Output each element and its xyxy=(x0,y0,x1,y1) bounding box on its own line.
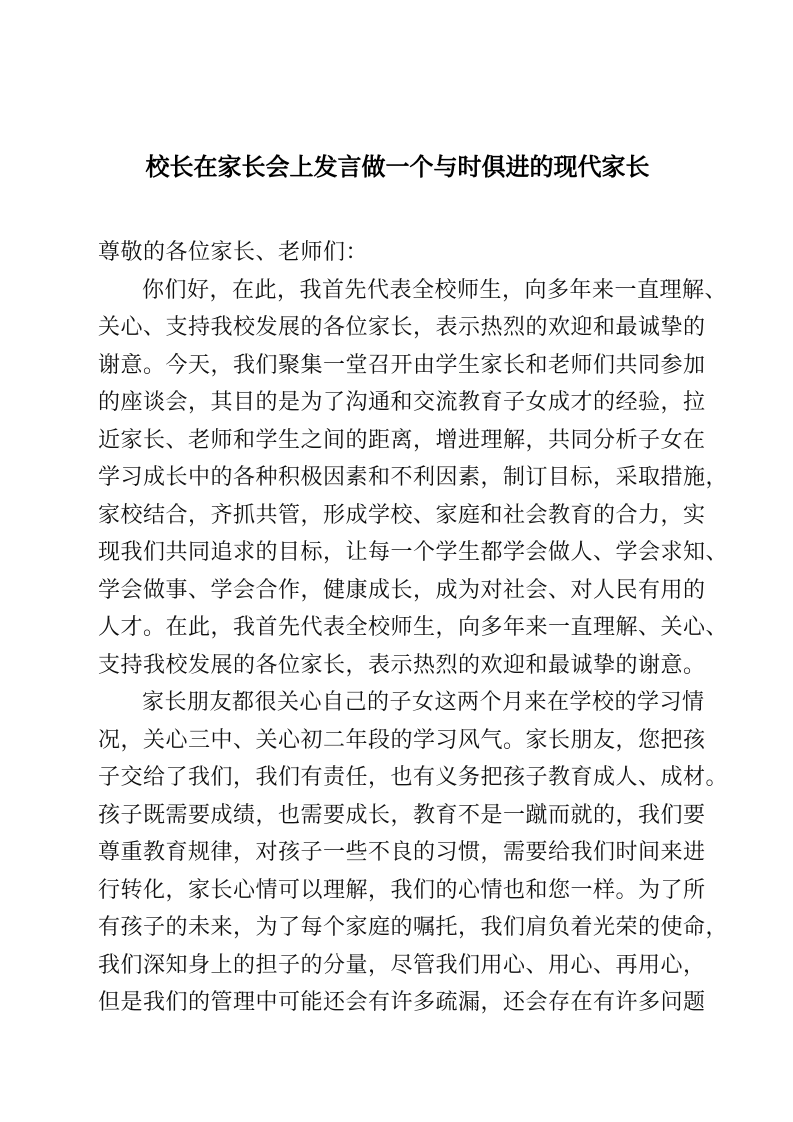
text-line: 现我们共同追求的目标，让每一个学生都学会做人、学会求知、 xyxy=(98,533,697,571)
paragraph: 你们好，在此，我首先代表全校师生，向多年来一直理解、关心、支持我校发展的各位家长… xyxy=(98,271,697,684)
text-line: 关心、支持我校发展的各位家长，表示热烈的欢迎和最诚挚的 xyxy=(98,308,697,346)
text-line: 行转化，家长心情可以理解，我们的心情也和您一样。为了所 xyxy=(98,871,697,909)
text-line: 家校结合，齐抓共管，形成学校、家庭和社会教育的合力，实 xyxy=(98,496,697,534)
document-body: 尊敬的各位家长、老师们：你们好，在此，我首先代表全校师生，向多年来一直理解、关心… xyxy=(98,233,697,1021)
text-line: 尊重教育规律，对孩子一些不良的习惯，需要给我们时间来进 xyxy=(98,833,697,871)
text-line: 有孩子的未来，为了每个家庭的嘱托，我们肩负着光荣的使命， xyxy=(98,908,697,946)
text-line: 孩子既需要成绩，也需要成长，教育不是一蹴而就的，我们要 xyxy=(98,796,697,834)
paragraph: 尊敬的各位家长、老师们： xyxy=(98,233,697,271)
text-line: 支持我校发展的各位家长，表示热烈的欢迎和最诚挚的谢意。 xyxy=(98,646,697,684)
text-line: 但是我们的管理中可能还会有许多疏漏，还会存在有许多问题 xyxy=(98,983,697,1021)
text-line: 家长朋友都很关心自己的子女这两个月来在学校的学习情 xyxy=(98,683,697,721)
text-line: 尊敬的各位家长、老师们： xyxy=(98,233,697,271)
text-line: 人才。在此，我首先代表全校师生，向多年来一直理解、关心、 xyxy=(98,608,697,646)
text-line: 我们深知身上的担子的分量，尽管我们用心、用心、再用心， xyxy=(98,946,697,984)
document-title: 校长在家长会上发言做一个与时俱进的现代家长 xyxy=(98,150,697,187)
text-line: 近家长、老师和学生之间的距离，增进理解，共同分析子女在 xyxy=(98,421,697,459)
text-line: 的座谈会，其目的是为了沟通和交流教育子女成才的经验，拉 xyxy=(98,383,697,421)
document-page: 校长在家长会上发言做一个与时俱进的现代家长 尊敬的各位家长、老师们：你们好，在此… xyxy=(0,0,793,1122)
text-line: 谢意。今天，我们聚集一堂召开由学生家长和老师们共同参加 xyxy=(98,346,697,384)
text-line: 学会做事、学会合作，健康成长，成为对社会、对人民有用的 xyxy=(98,571,697,609)
text-line: 子交给了我们，我们有责任，也有义务把孩子教育成人、成材。 xyxy=(98,758,697,796)
text-line: 你们好，在此，我首先代表全校师生，向多年来一直理解、 xyxy=(98,271,697,309)
paragraph: 家长朋友都很关心自己的子女这两个月来在学校的学习情况，关心三中、关心初二年段的学… xyxy=(98,683,697,1021)
text-line: 况，关心三中、关心初二年段的学习风气。家长朋友，您把孩 xyxy=(98,721,697,759)
text-line: 学习成长中的各种积极因素和不利因素，制订目标，采取措施， xyxy=(98,458,697,496)
